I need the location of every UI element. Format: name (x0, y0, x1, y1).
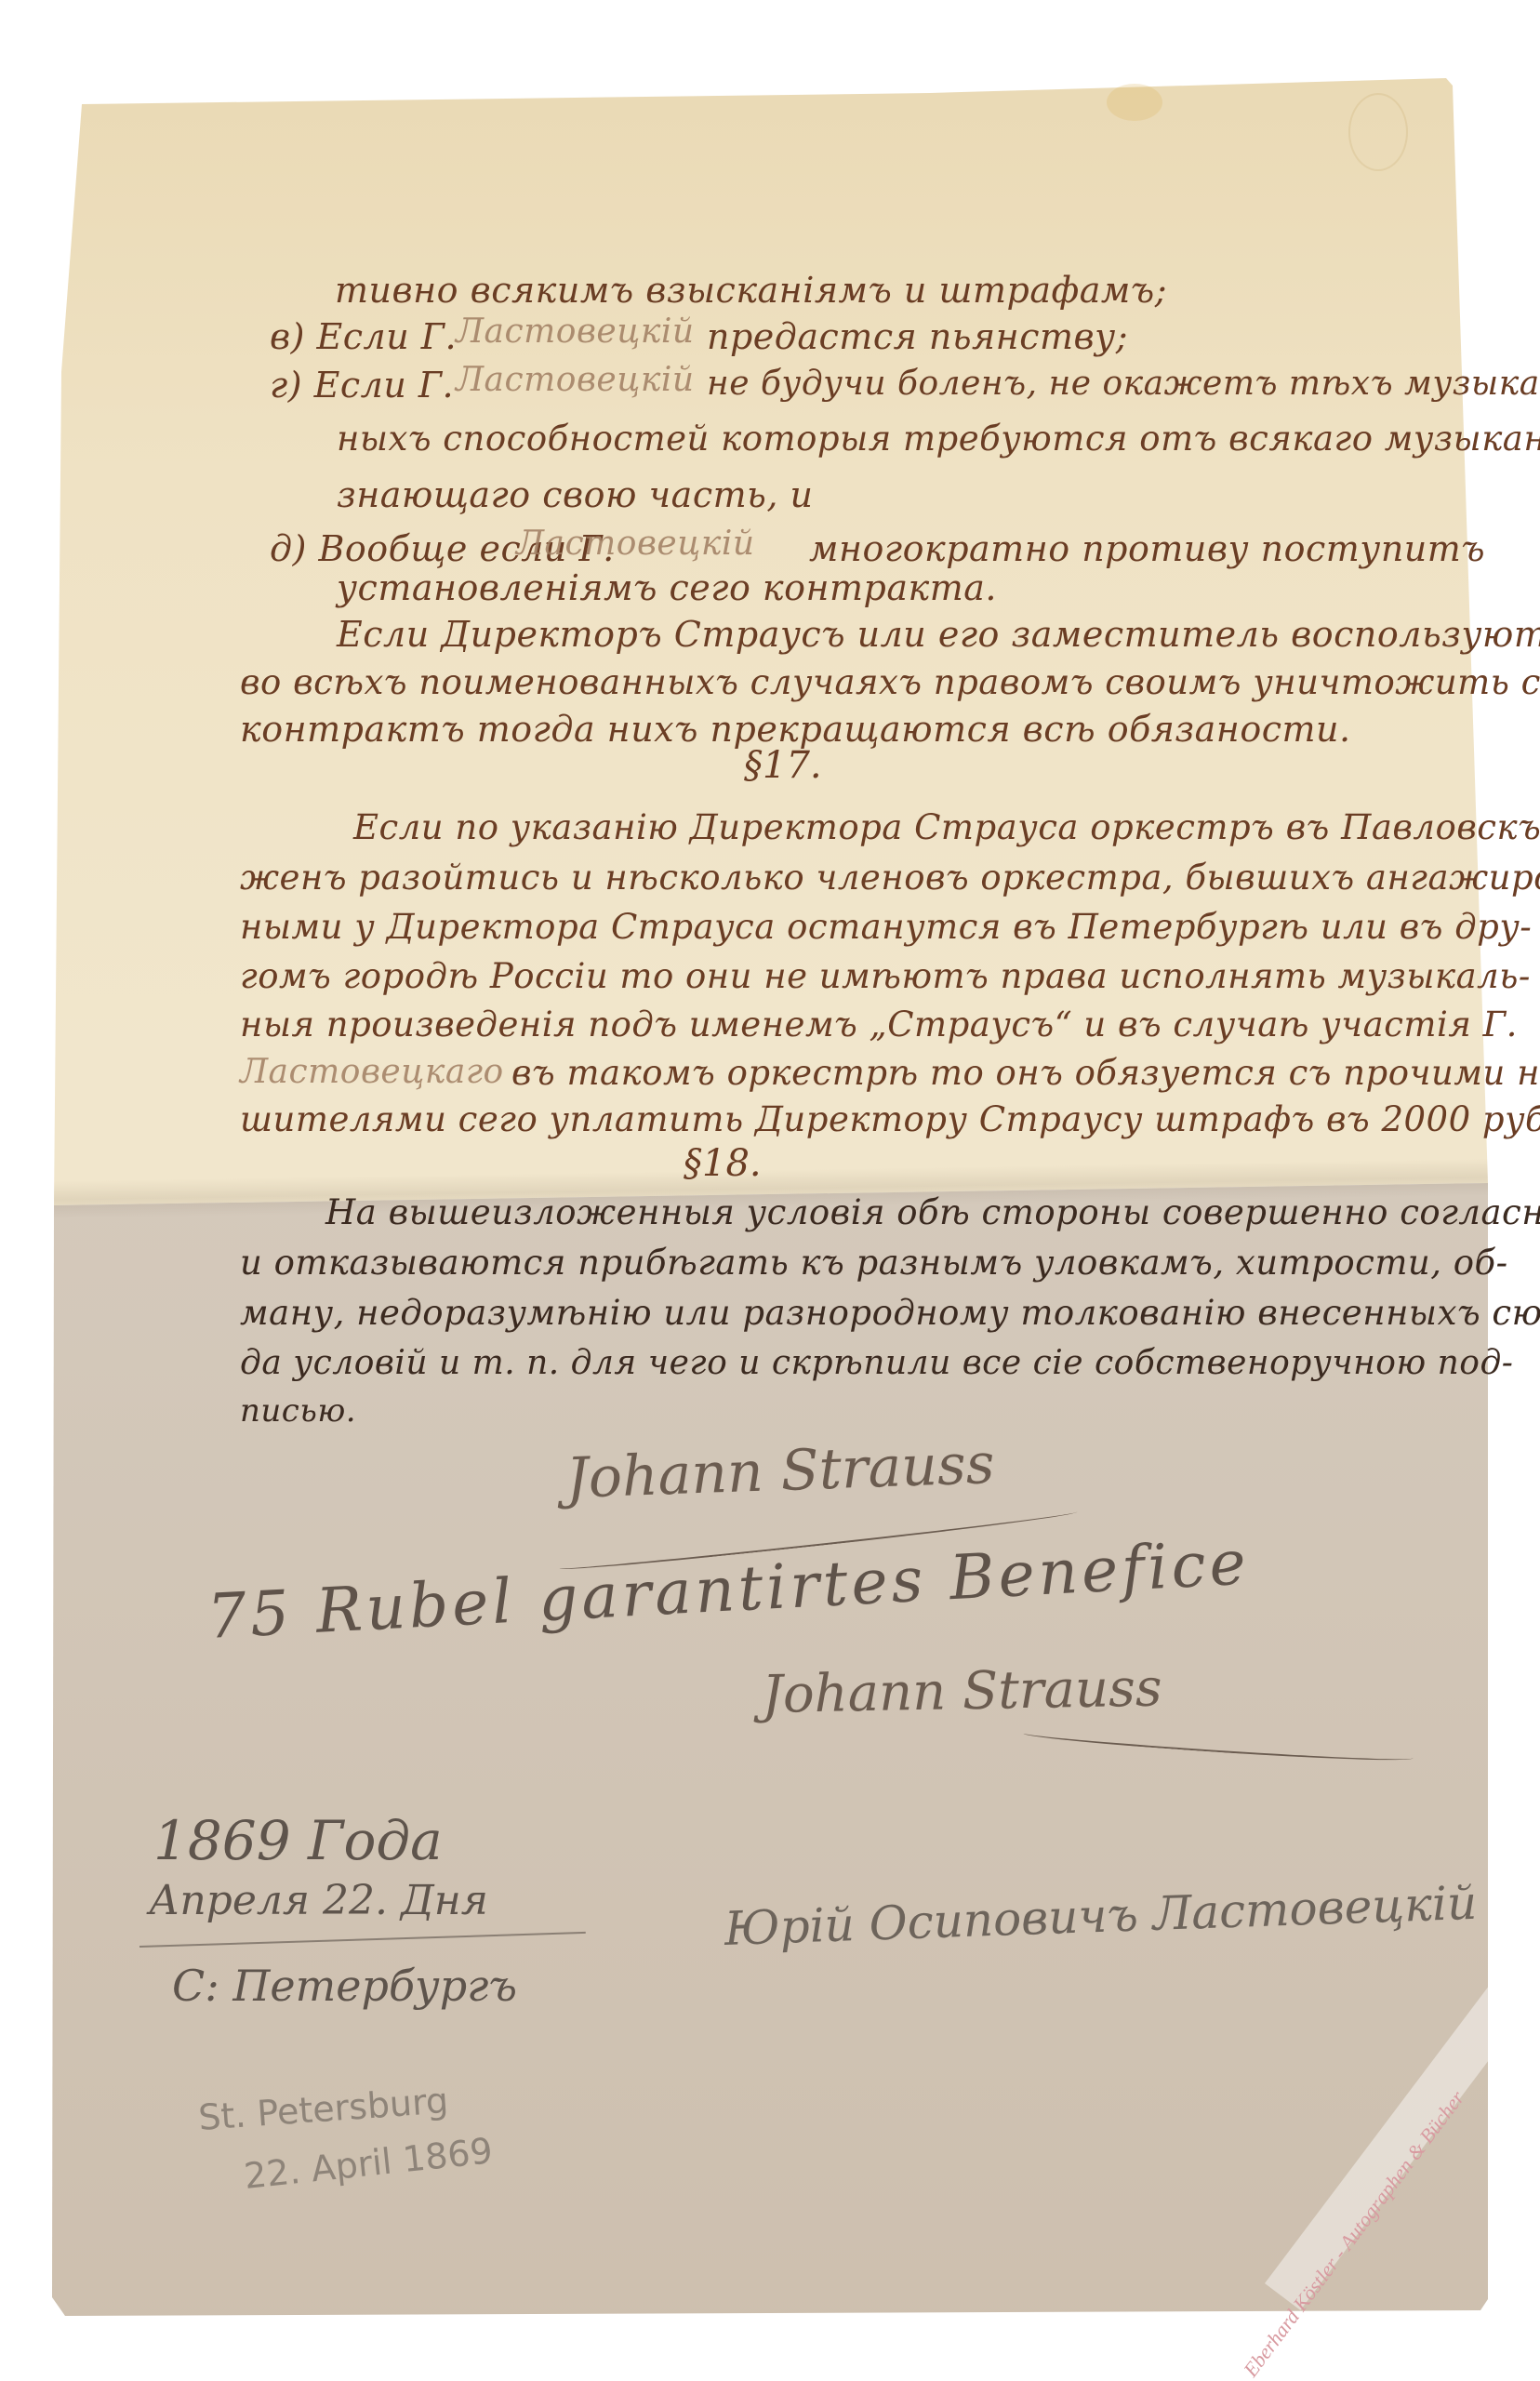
date-year: 1869 Года (153, 1809, 443, 1872)
text-line: ныхъ способностей которыя требуются отъ … (337, 419, 1540, 459)
text-line: установленіямъ сего контракта. (337, 567, 997, 608)
name-insertion: Ластовецкій (516, 525, 755, 563)
text-line: и отказываются прибѣгать къ разнымъ улов… (240, 1243, 1508, 1283)
section-17-heading: §17. (744, 744, 822, 787)
date-day: Апреля 22. Дня (149, 1877, 488, 1924)
date-place: С: Петербургъ (172, 1961, 517, 2011)
name-insertion: Ластовецкаго (240, 1053, 504, 1091)
text-line: женъ разойтись и нѣсколько членовъ оркес… (240, 858, 1540, 898)
section-18-heading: §18. (684, 1142, 762, 1185)
text-line: предастся пьянству; (707, 316, 1128, 357)
text-line: гомъ городѣ Россіи то они не имѣютъ прав… (240, 956, 1531, 996)
text-line: писью. (240, 1392, 356, 1430)
name-insertion: Ластовецкій (456, 313, 695, 351)
text-line: тивно всякимъ взысканіямъ и штрафамъ; (335, 270, 1167, 311)
text-line: во всѣхъ поименованныхъ случаяхъ правомъ… (240, 662, 1540, 702)
text-line: многократно противу поступитъ (809, 528, 1485, 569)
text-line: г) Если Г. (270, 365, 454, 406)
text-line: не будучи боленъ, не окажетъ тѣхъ музыка… (707, 365, 1540, 403)
name-insertion: Ластовецкій (456, 361, 695, 399)
text-line: ныя произведенія подъ именемъ „Страусъ“ … (240, 1004, 1518, 1044)
text-line: Если Директоръ Страусъ или его заместите… (337, 614, 1540, 655)
text-line: да условій и т. п. для чего и скрѣпили в… (240, 1344, 1513, 1382)
text-line: знающаго свою часть, и (337, 474, 813, 515)
text-line: Если по указанію Директора Страуса оркес… (353, 807, 1540, 847)
text-line: въ такомъ оркестрѣ то онъ обязуется съ п… (511, 1053, 1540, 1093)
text-line: ными у Директора Страуса останутся въ Пе… (240, 907, 1532, 947)
text-line: шителями сего уплатить Директору Страусу… (240, 1099, 1540, 1139)
text-line: На вышеизложенныя условія обѣ стороны со… (325, 1192, 1540, 1232)
text-line: ману, недоразумѣнію или разнородному тол… (240, 1293, 1540, 1333)
text-line: в) Если Г. (270, 316, 457, 357)
signature-johann-strauss-2: Johann Strauss (762, 1658, 1162, 1725)
